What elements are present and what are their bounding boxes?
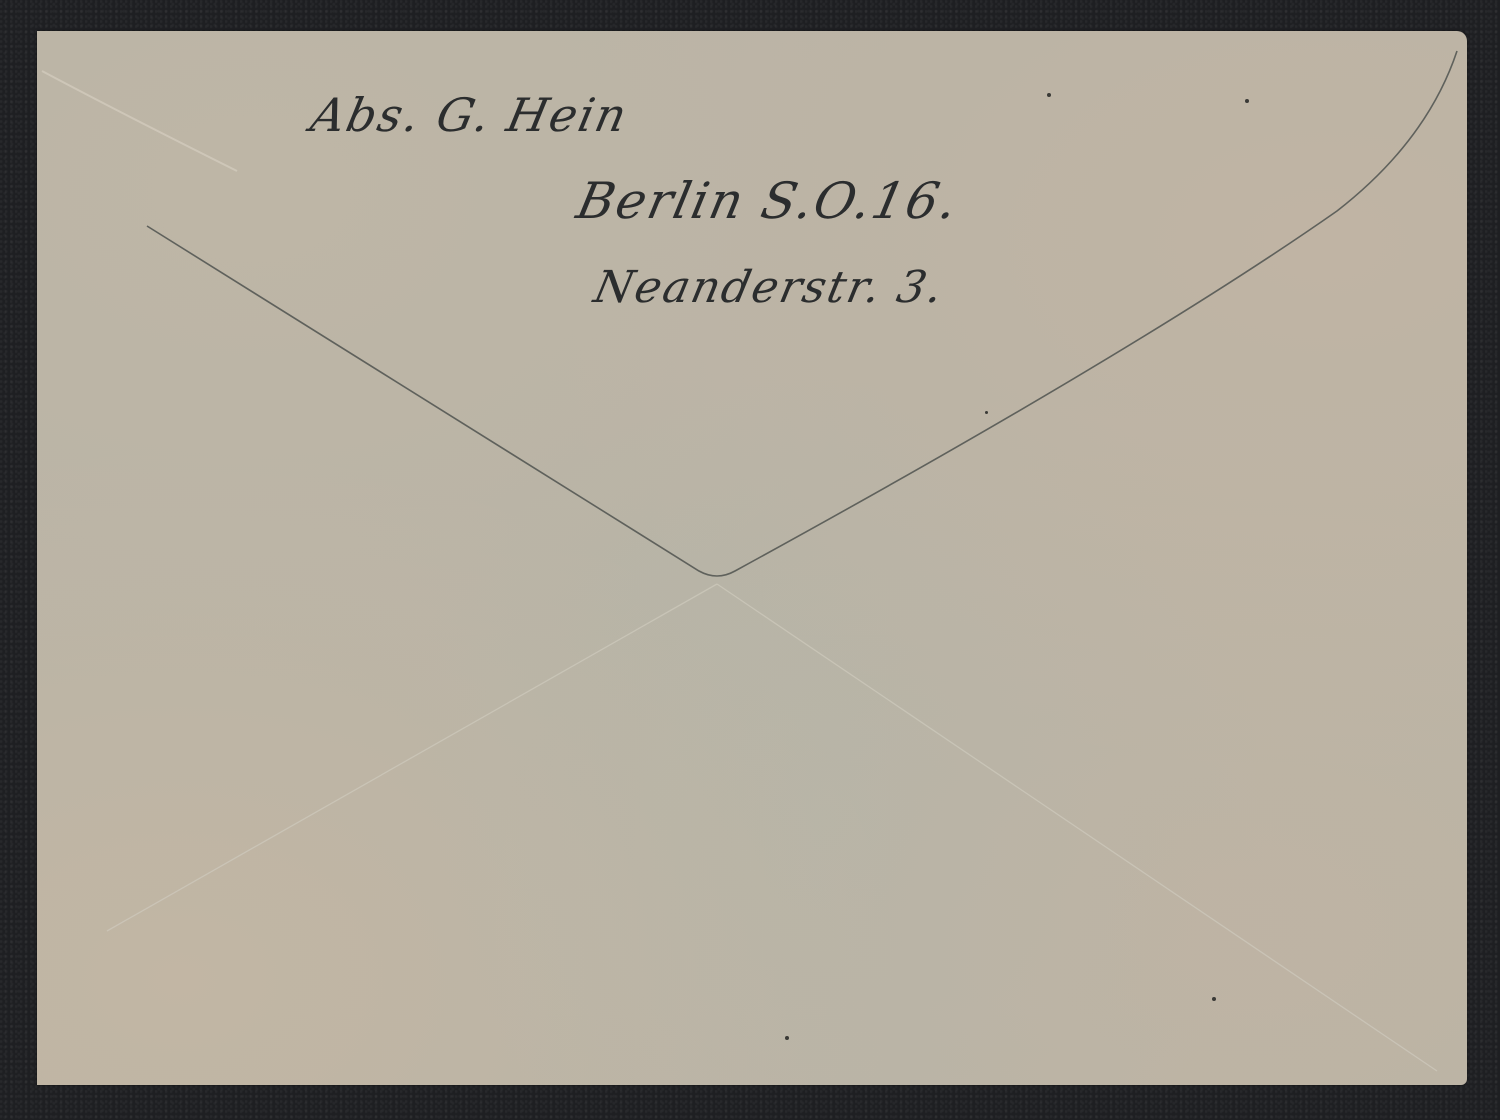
paper-speck [1212,997,1216,1001]
sender-name: Abs. G. Hein [306,88,633,142]
paper-speck [1245,99,1249,103]
paper-speck [985,411,988,414]
sender-city: Berlin S.O.16. [572,172,964,230]
paper-speck [1047,93,1051,97]
paper-speck [785,1036,789,1040]
sender-street: Neanderstr. 3. [590,262,950,313]
scan-scene: Abs. G. Hein Berlin S.O.16. Neanderstr. … [0,0,1500,1120]
